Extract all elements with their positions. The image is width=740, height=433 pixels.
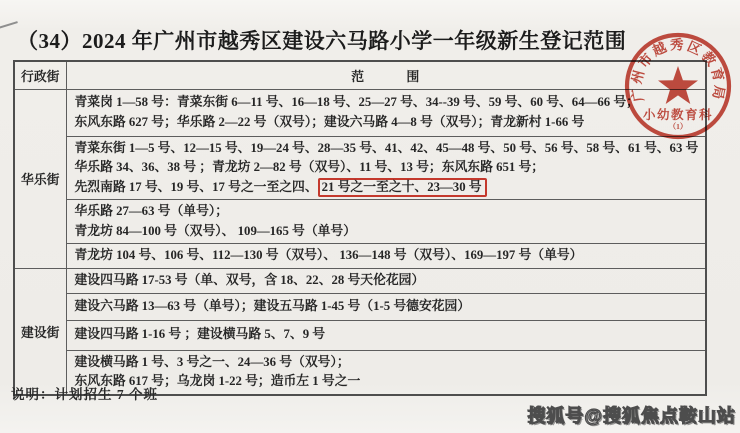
header-district: 行政街 (14, 61, 66, 89)
range-line: 建设四马路 17-53 号（单、双号，含 18、22、28 号天伦花园） (75, 271, 702, 291)
range-cell: 青龙坊 104 号、106 号、112—130 号（双号）、 136—148 号… (66, 244, 706, 269)
range-line: 青菜岗 1—58 号：青菜东街 6—11 号、16—18 号、25—27 号、3… (75, 93, 702, 113)
header-range: 范 围 (66, 61, 706, 89)
scan-artifact-line (0, 21, 18, 29)
range-line: 青菜东街 1—5 号、12—15 号、19—24 号、28—35 号、41、42… (75, 139, 702, 159)
table-row: 建设六马路 13—63 号（单号）；建设五马路 1-45 号（1-5 号德安花园… (14, 293, 706, 320)
highlighted-range: 21 号之一至之十、23—30 号 (318, 178, 487, 197)
range-text: 先烈南路 17 号、19 号、17 号之一至之四、 (75, 180, 318, 194)
page-title: （34）2024 年广州市越秀区建设六马路小学一年级新生登记范围 (17, 25, 626, 55)
range-cell: 建设四马路 17-53 号（单、双号，含 18、22、28 号天伦花园） (66, 268, 706, 293)
stamp-number-text: （1） (669, 121, 688, 131)
range-cell: 青菜岗 1—58 号：青菜东街 6—11 号、16—18 号、25—27 号、3… (66, 89, 706, 136)
range-line: 建设横马路 1 号、3 号之一、24—36 号（双号）； (75, 353, 702, 373)
range-line: 建设六马路 13—63 号（单号）；建设五马路 1-45 号（1-5 号德安花园… (75, 297, 702, 317)
range-line: 青龙坊 104 号、106 号、112—130 号（双号）、 136—148 号… (75, 246, 702, 266)
range-line: 东风东路 627 号；华乐路 2—22 号（双号）；建设六马路 4—8 号（双号… (75, 113, 702, 133)
table-row: 华乐街 青菜岗 1—58 号：青菜东街 6—11 号、16—18 号、25—27… (14, 89, 706, 136)
range-line: 华乐路 27—63 号（单号）； (75, 202, 702, 222)
range-cell: 华乐路 27—63 号（单号）； 青龙坊 84—100 号（双号）、 109—1… (66, 200, 706, 244)
range-cell: 青菜东街 1—5 号、12—15 号、19—24 号、28—35 号、41、42… (66, 136, 706, 200)
range-line: 先烈南路 17 号、19 号、17 号之一至之四、21 号之一至之十、23—30… (75, 178, 702, 198)
official-seal-stamp: 广州市越秀区教育局 小幼教育科 （1） (620, 28, 736, 144)
registration-range-table: 行政街 范 围 华乐街 青菜岗 1—58 号：青菜东街 6—11 号、16—18… (13, 60, 707, 396)
range-line: 东风东路 617 号；乌龙岗 1-22 号；造币左 1 号之一 (75, 372, 702, 392)
note-text: 说明：计划招生 7 个班 (11, 383, 158, 403)
table-header-row: 行政街 范 围 (14, 61, 706, 89)
watermark-text: 搜狐号@搜狐焦点鞍山站 (527, 402, 736, 428)
district-label-jianshejie: 建设街 (14, 268, 66, 395)
district-label-hualejie: 华乐街 (14, 89, 66, 268)
table-row: 青龙坊 104 号、106 号、112—130 号（双号）、 136—148 号… (14, 244, 706, 269)
range-cell: 建设横马路 1 号、3 号之一、24—36 号（双号）； 东风东路 617 号；… (66, 350, 706, 395)
stamp-dept-text: 小幼教育科 (643, 107, 713, 122)
table-row: 建设街 建设四马路 17-53 号（单、双号，含 18、22、28 号天伦花园） (14, 268, 706, 293)
range-line: 青龙坊 84—100 号（双号）、 109—165 号（单号） (75, 222, 702, 242)
table-row: 青菜东街 1—5 号、12—15 号、19—24 号、28—35 号、41、42… (14, 136, 706, 200)
table-row: 华乐路 27—63 号（单号）； 青龙坊 84—100 号（双号）、 109—1… (14, 200, 706, 244)
range-line: 建设四马路 1-16 号 ；建设横马路 5、7、9 号 (75, 325, 702, 345)
table-row: 建设四马路 1-16 号 ；建设横马路 5、7、9 号 (14, 320, 706, 350)
range-line: 华乐路 34、36、38 号 ；青龙坊 2—82 号（双号）、11 号、13 号… (75, 158, 702, 178)
range-cell: 建设六马路 13—63 号（单号）；建设五马路 1-45 号（1-5 号德安花园… (66, 293, 706, 320)
range-cell: 建设四马路 1-16 号 ；建设横马路 5、7、9 号 (66, 320, 706, 350)
star-icon (658, 66, 698, 104)
